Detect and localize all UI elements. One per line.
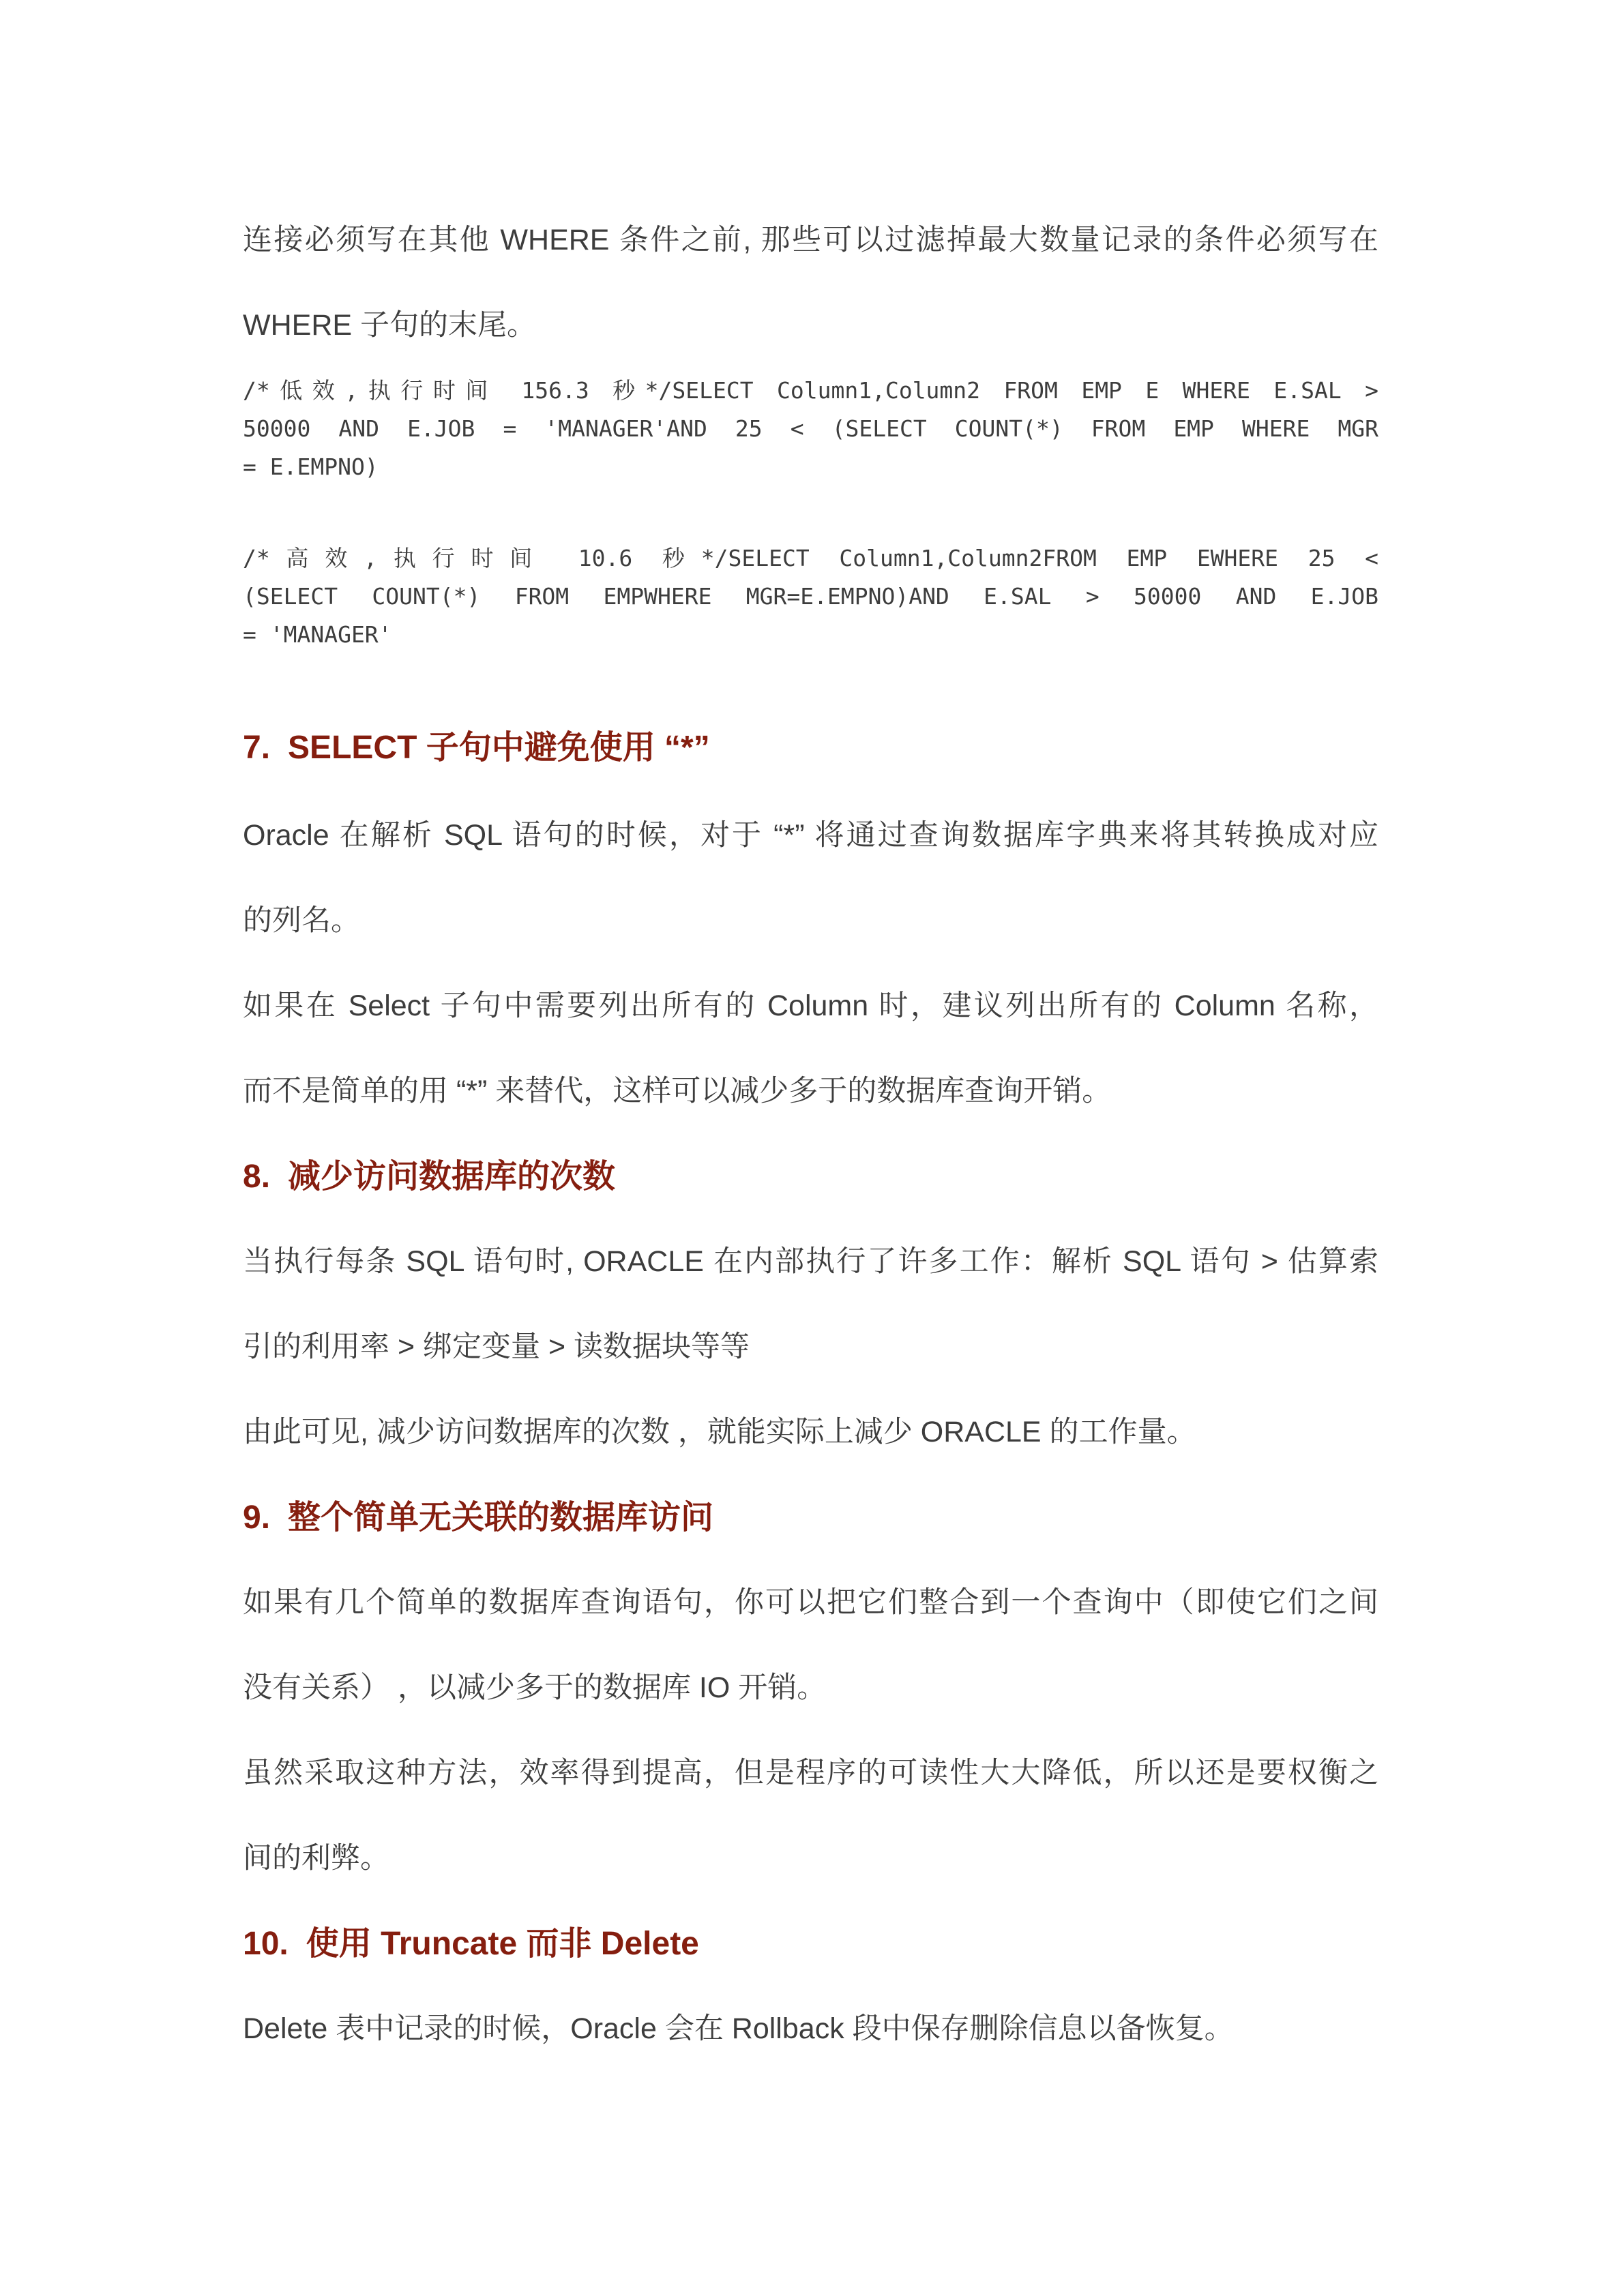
text-line: 由此可见, 减少访问数据库的次数 ，就能实际上减少 ORACLE 的工作量。: [243, 1390, 1378, 1475]
section-heading-10: 10.使用 Truncate 而非 Delete: [243, 1901, 1378, 1986]
code-block-inefficient: /*低效,执行时间 156.3 秒*/SELECT Column1,Column…: [243, 372, 1378, 486]
code-line: (SELECT COUNT(*) FROM EMPWHERE MGR=E.EMP…: [243, 578, 1378, 616]
section-heading-9: 9.整个简单无关联的数据库访问: [243, 1475, 1378, 1560]
body-paragraph: 由此可见, 减少访问数据库的次数 ，就能实际上减少 ORACLE 的工作量。: [243, 1390, 1378, 1475]
text-line: 没有关系） ，以减少多于的数据库 IO 开销。: [243, 1645, 1378, 1731]
body-paragraph: Oracle 在解析 SQL 语句的时候，对于 “*” 将通过查询数据库字典来将…: [243, 793, 1378, 964]
heading-number: 10.: [243, 1926, 289, 1962]
text-line: 间的利弊。: [243, 1816, 1378, 1901]
code-line: /*高效,执行时间 10.6 秒*/SELECT Column1,Column2…: [243, 539, 1378, 578]
text-line: 当执行每条 SQL 语句时, ORACLE 在内部执行了许多工作：解析 SQL …: [243, 1219, 1378, 1304]
heading-title: 减少访问数据库的次数: [288, 1159, 615, 1195]
heading-title: 整个简单无关联的数据库访问: [288, 1500, 713, 1536]
body-paragraph: 虽然采取这种方法，效率得到提高，但是程序的可读性大大降低，所以还是要权衡之 间的…: [243, 1731, 1378, 1901]
text-line: Oracle 在解析 SQL 语句的时候，对于 “*” 将通过查询数据库字典来将…: [243, 793, 1378, 878]
heading-title: SELECT 子句中避免使用 “*”: [288, 730, 710, 766]
heading-title: 使用 Truncate 而非 Delete: [306, 1926, 699, 1962]
code-line: 50000 AND E.JOB = 'MANAGER'AND 25 < (SEL…: [243, 410, 1378, 448]
document-page: 连接必须写在其他 WHERE 条件之前, 那些可以过滤掉最大数量记录的条件必须写…: [0, 0, 1624, 2296]
heading-number: 7.: [243, 730, 270, 766]
intro-paragraph: 连接必须写在其他 WHERE 条件之前, 那些可以过滤掉最大数量记录的条件必须写…: [243, 198, 1378, 368]
section-heading-7: 7.SELECT 子句中避免使用 “*”: [243, 705, 1378, 790]
text-line: 虽然采取这种方法，效率得到提高，但是程序的可读性大大降低，所以还是要权衡之: [243, 1731, 1378, 1816]
text-line: 如果有几个简单的数据库查询语句，你可以把它们整合到一个查询中（即使它们之间: [243, 1560, 1378, 1645]
text-line: 引的利用率 > 绑定变量 > 读数据块等等: [243, 1304, 1378, 1390]
document-content: 连接必须写在其他 WHERE 条件之前, 那些可以过滤掉最大数量记录的条件必须写…: [243, 0, 1378, 2072]
code-line: = 'MANAGER': [243, 616, 1378, 654]
section-heading-8: 8.减少访问数据库的次数: [243, 1134, 1378, 1219]
body-paragraph: 当执行每条 SQL 语句时, ORACLE 在内部执行了许多工作：解析 SQL …: [243, 1219, 1378, 1390]
heading-number: 9.: [243, 1500, 270, 1536]
heading-number: 8.: [243, 1159, 270, 1195]
body-paragraph: 如果有几个简单的数据库查询语句，你可以把它们整合到一个查询中（即使它们之间 没有…: [243, 1560, 1378, 1731]
text-line: WHERE 子句的末尾。: [243, 283, 1378, 368]
text-line: 的列名。: [243, 878, 1378, 964]
body-paragraph: Delete 表中记录的时候，Oracle 会在 Rollback 段中保存删除…: [243, 1986, 1378, 2072]
text-line: 而不是简单的用 “*” 来替代，这样可以减少多于的数据库查询开销。: [243, 1049, 1378, 1134]
code-block-efficient: /*高效,执行时间 10.6 秒*/SELECT Column1,Column2…: [243, 539, 1378, 654]
code-line: /*低效,执行时间 156.3 秒*/SELECT Column1,Column…: [243, 372, 1378, 410]
body-paragraph: 如果在 Select 子句中需要列出所有的 Column 时，建议列出所有的 C…: [243, 964, 1378, 1134]
text-line: 连接必须写在其他 WHERE 条件之前, 那些可以过滤掉最大数量记录的条件必须写…: [243, 198, 1378, 283]
text-line: 如果在 Select 子句中需要列出所有的 Column 时，建议列出所有的 C…: [243, 964, 1378, 1049]
code-line: = E.EMPNO): [243, 448, 1378, 486]
text-line: Delete 表中记录的时候，Oracle 会在 Rollback 段中保存删除…: [243, 1986, 1378, 2072]
